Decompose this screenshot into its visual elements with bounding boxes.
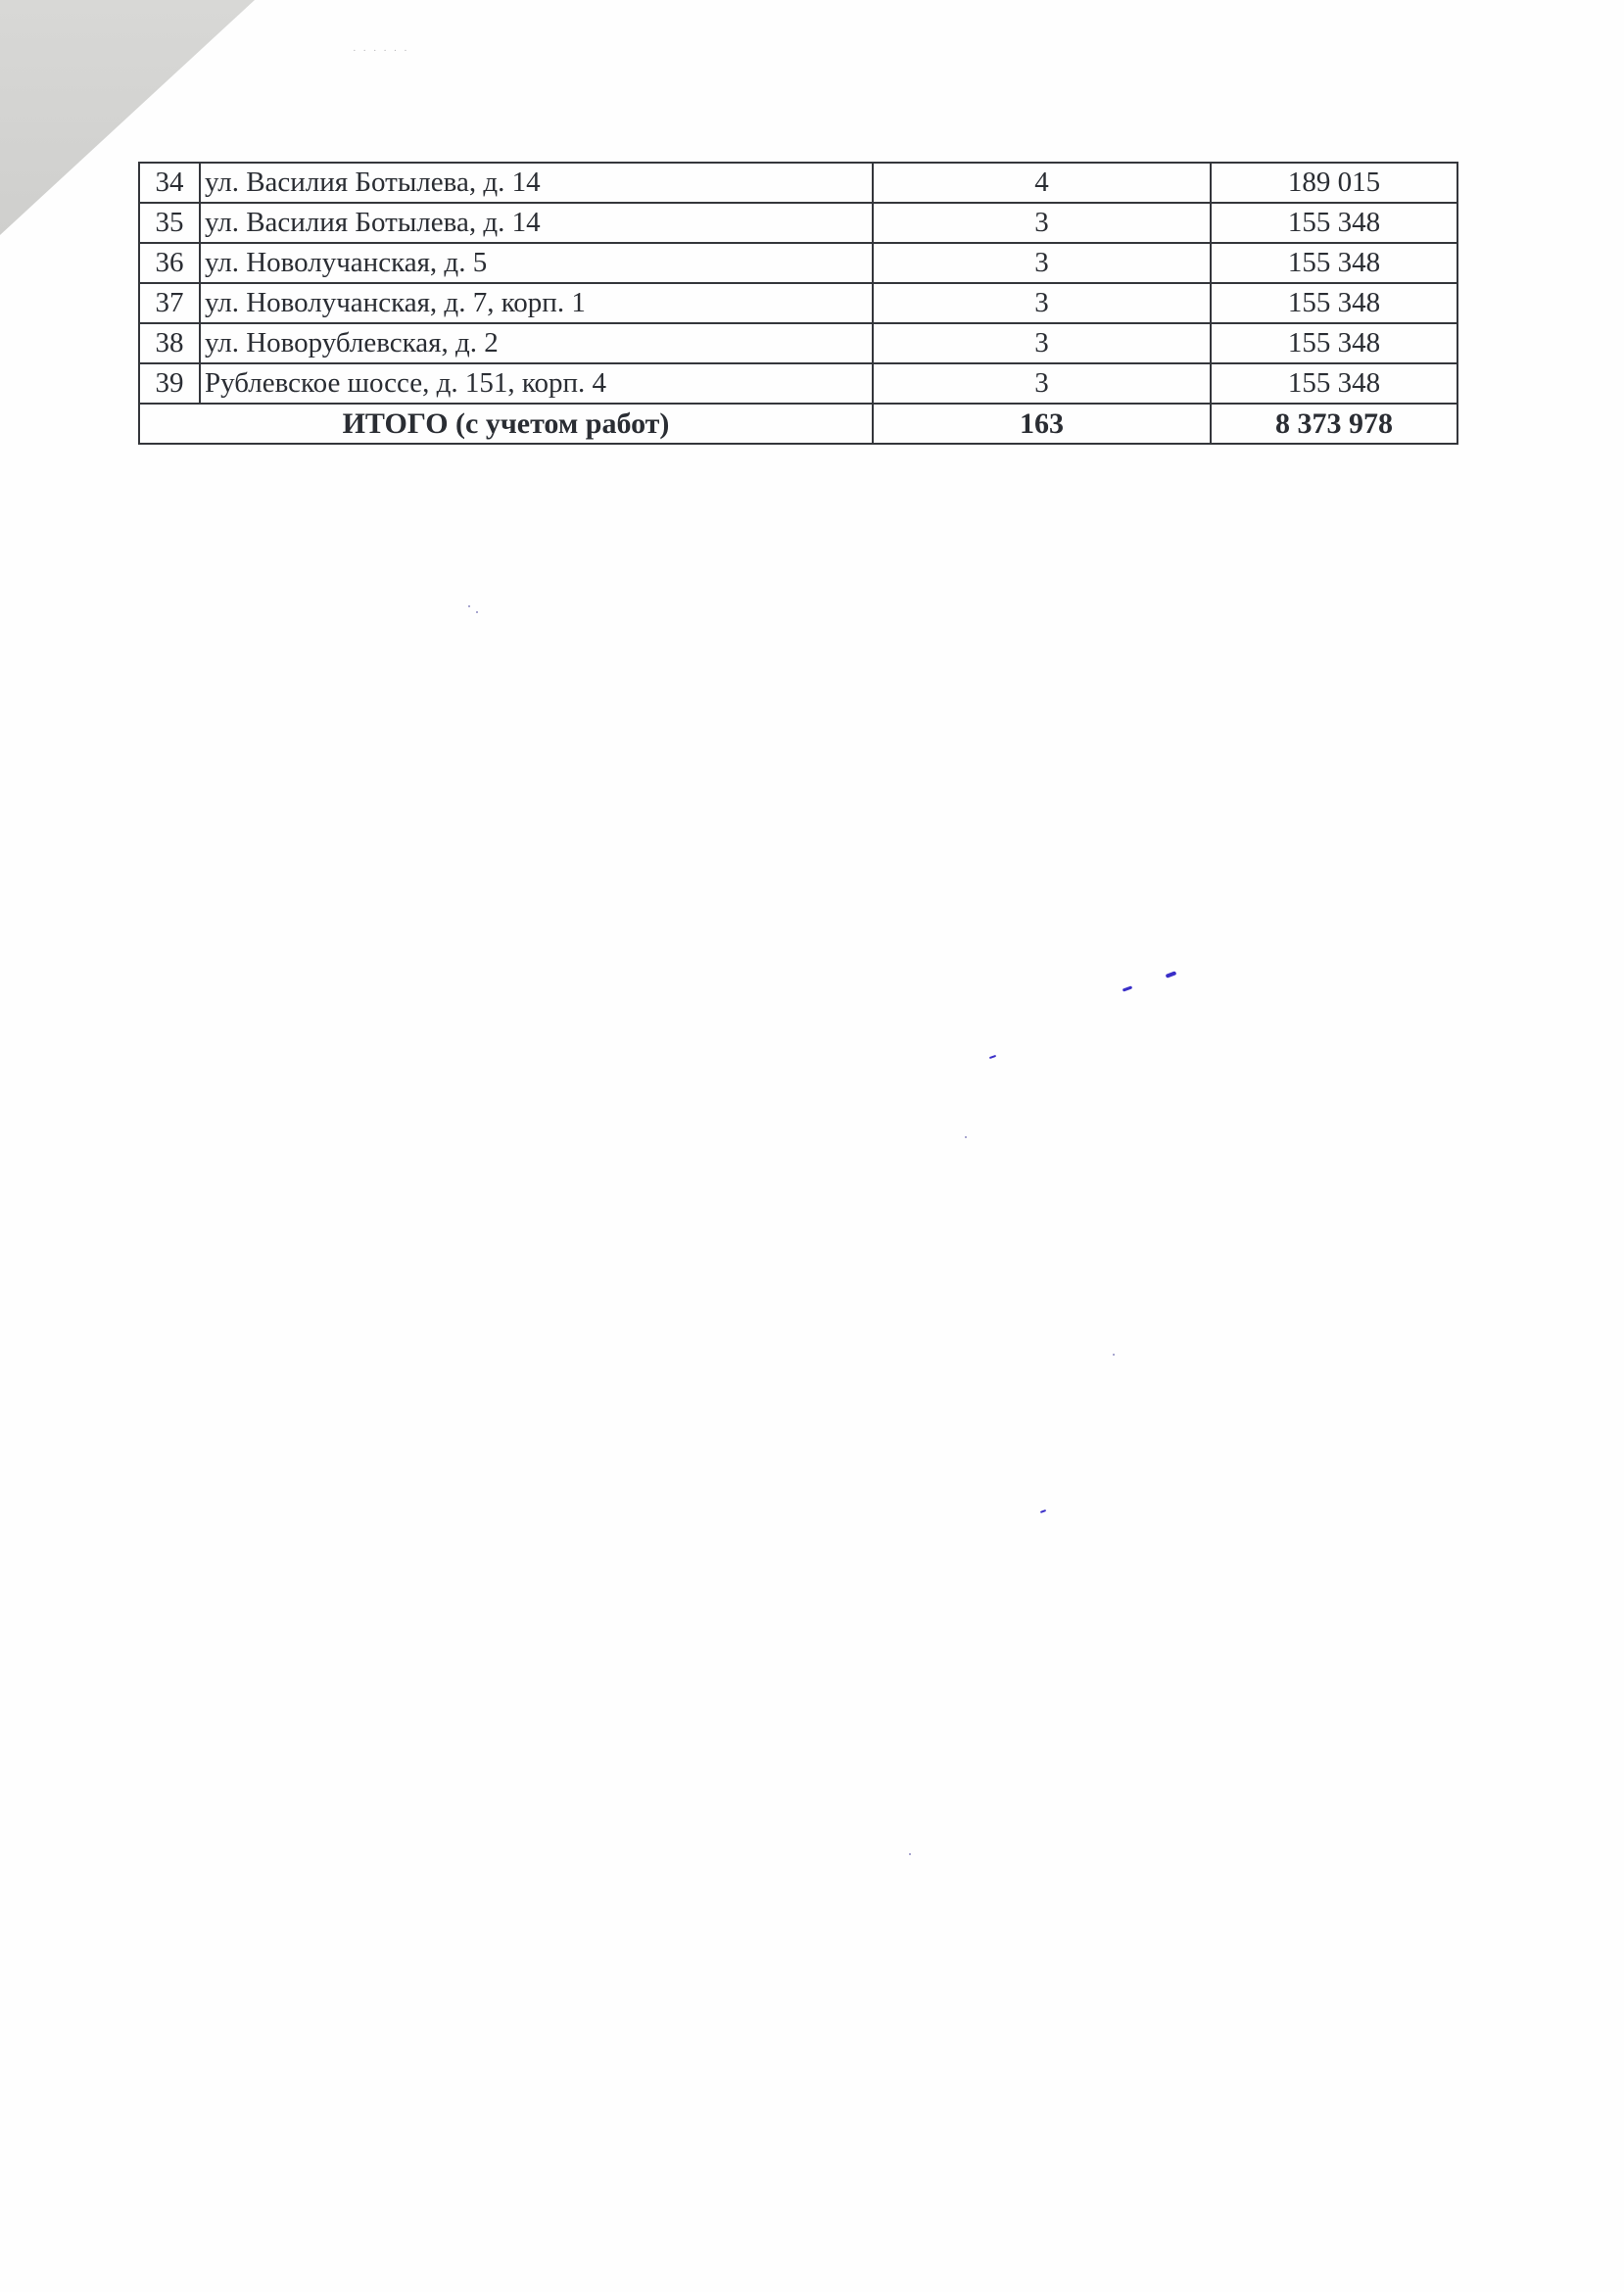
table-row: 39 Рублевское шоссе, д. 151, корп. 4 3 1… — [139, 363, 1457, 404]
row-address: ул. Новорублевская, д. 2 — [200, 323, 873, 363]
row-address: Рублевское шоссе, д. 151, корп. 4 — [200, 363, 873, 404]
row-number: 35 — [139, 203, 200, 243]
ink-mark — [1122, 985, 1132, 991]
scan-dot — [965, 1136, 967, 1138]
row-amount: 155 348 — [1211, 323, 1457, 363]
row-quantity: 4 — [873, 163, 1211, 203]
row-address: ул. Новолучанская, д. 7, корп. 1 — [200, 283, 873, 323]
table-row: 38 ул. Новорублевская, д. 2 3 155 348 — [139, 323, 1457, 363]
row-number: 39 — [139, 363, 200, 404]
addresses-table: 34 ул. Василия Ботылева, д. 14 4 189 015… — [138, 162, 1458, 445]
row-quantity: 3 — [873, 283, 1211, 323]
row-amount: 155 348 — [1211, 363, 1457, 404]
row-number: 37 — [139, 283, 200, 323]
row-number: 36 — [139, 243, 200, 283]
row-amount: 155 348 — [1211, 243, 1457, 283]
total-amount: 8 373 978 — [1211, 404, 1457, 444]
ink-mark — [1166, 971, 1177, 979]
row-quantity: 3 — [873, 203, 1211, 243]
row-address: ул. Новолучанская, д. 5 — [200, 243, 873, 283]
row-quantity: 3 — [873, 243, 1211, 283]
total-row: ИТОГО (с учетом работ) 163 8 373 978 — [139, 404, 1457, 444]
total-label: ИТОГО (с учетом работ) — [139, 404, 873, 444]
scan-dot — [1113, 1354, 1115, 1356]
scan-dot — [476, 611, 478, 613]
row-amount: 155 348 — [1211, 283, 1457, 323]
scan-dot — [909, 1853, 911, 1855]
table-row: 35 ул. Василия Ботылева, д. 14 3 155 348 — [139, 203, 1457, 243]
row-quantity: 3 — [873, 323, 1211, 363]
table-body: 34 ул. Василия Ботылева, д. 14 4 189 015… — [139, 163, 1457, 444]
ink-mark — [989, 1055, 996, 1059]
row-address: ул. Василия Ботылева, д. 14 — [200, 163, 873, 203]
row-number: 34 — [139, 163, 200, 203]
row-amount: 155 348 — [1211, 203, 1457, 243]
row-number: 38 — [139, 323, 200, 363]
row-amount: 189 015 — [1211, 163, 1457, 203]
ink-mark — [1040, 1509, 1046, 1513]
row-quantity: 3 — [873, 363, 1211, 404]
table-row: 36 ул. Новолучанская, д. 5 3 155 348 — [139, 243, 1457, 283]
scan-artifact: · · · · · · — [353, 45, 409, 57]
total-quantity: 163 — [873, 404, 1211, 444]
row-address: ул. Василия Ботылева, д. 14 — [200, 203, 873, 243]
table-row: 34 ул. Василия Ботылева, д. 14 4 189 015 — [139, 163, 1457, 203]
table-row: 37 ул. Новолучанская, д. 7, корп. 1 3 15… — [139, 283, 1457, 323]
scan-dot — [468, 605, 470, 607]
